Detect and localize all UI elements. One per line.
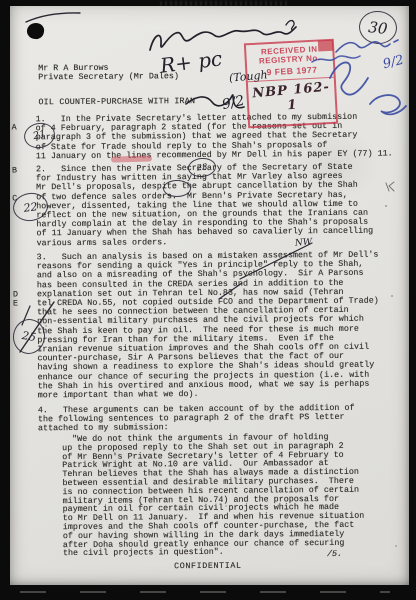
bottom-band-streak [20,591,390,593]
inline-circle-23-label: 23 [196,162,208,173]
registry-received-stamp: RECEIVED IN REGISTRY No. -9 FEB 1977 NBP… [244,39,338,129]
paragraph-3: 3. Such an analysis is based on a mistak… [37,251,380,401]
margin-letter-a: A [12,123,17,132]
margin-letter-e: E [13,299,18,308]
nw-annotation: NW [295,237,313,248]
margin-circle-21-label: 21 [32,129,47,142]
margin-letter-b: B [12,166,17,175]
document-title: OIL COUNTER-PURCHASE WITH IRAN [38,97,195,107]
margin-circle-22-label: 22 [23,200,39,215]
folio-number: 30 [368,18,389,38]
confidential-footer: CONFIDENTIAL [174,562,242,572]
margin-circle-25-label: 25 [21,329,37,344]
scanned-memo-photo: Mr R A Burrows Private Secretary (Mr Dal… [0,0,416,600]
quote-block: "We do not think the arguments in favour… [62,433,365,559]
stamp-registry-ref: NBP 162-1 [248,79,336,116]
recipient-block: Mr R A Burrows Private Secretary (Mr Dal… [38,63,179,83]
paragraph-1: 1. In the Private Secretary's letter att… [36,112,393,161]
typed-content-layer: Mr R A Burrows Private Secretary (Mr Dal… [0,0,416,600]
paragraph-4: 4. These arguments can be taken account … [38,404,355,434]
page-reference: /5. [327,550,342,559]
circle-around-in [163,180,191,197]
stamp-smudge [318,40,334,52]
red-underline-mark [111,155,152,162]
